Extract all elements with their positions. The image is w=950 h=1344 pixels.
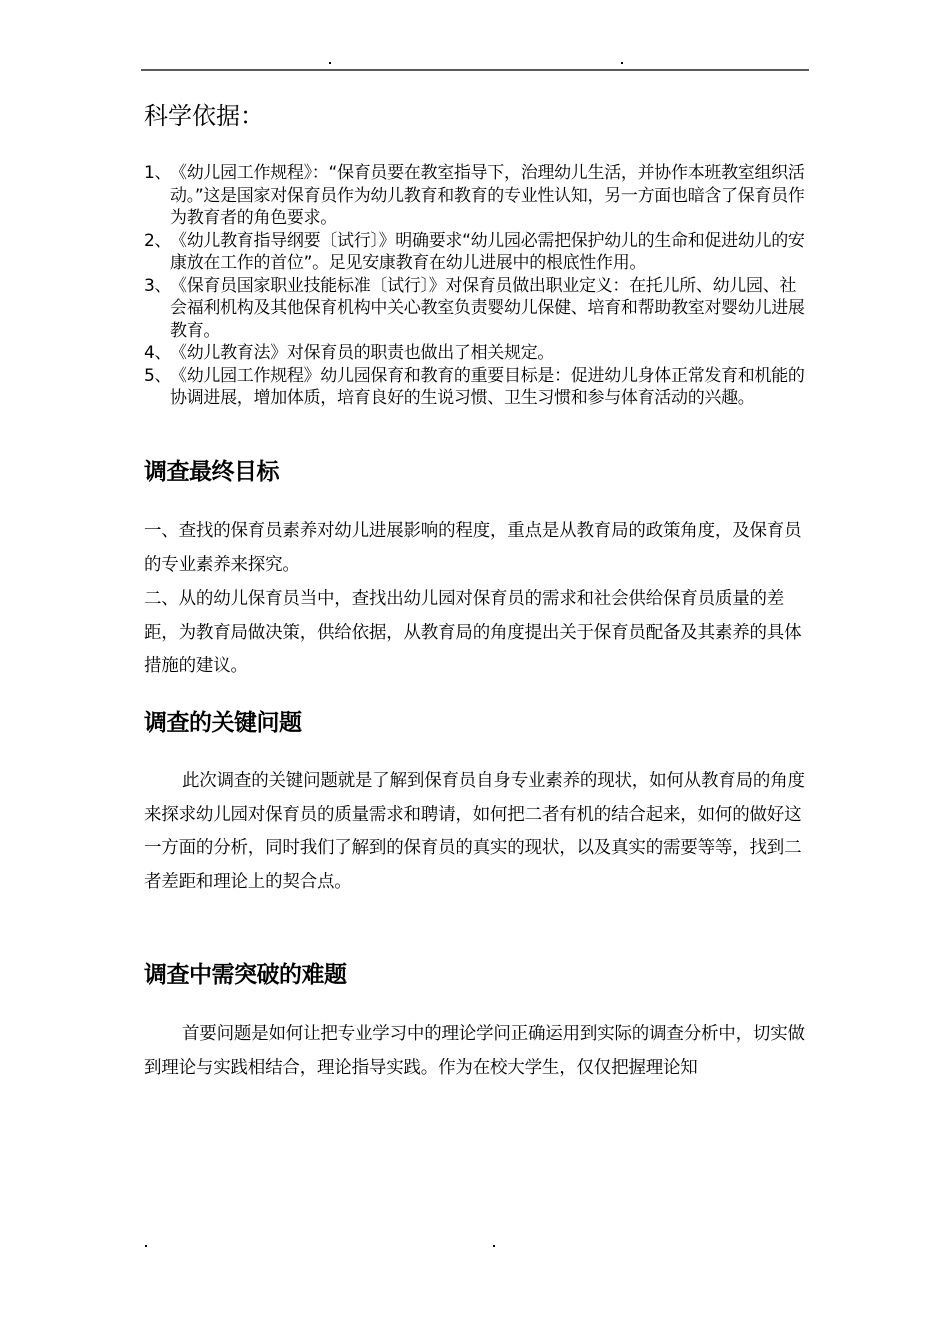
list-number: 5、 bbox=[144, 365, 171, 388]
footer-dot-left bbox=[145, 1245, 147, 1247]
difficulty-heading: 调查中需突破的难题 bbox=[144, 956, 347, 989]
list-item: 3、《保育员国家职业技能标准〔试行〕》对保育员做出职业定义：在托儿所、幼儿园、社… bbox=[144, 275, 812, 343]
difficulty-paragraph: 首要问题是如何让把专业学习中的理论学问正确运用到实际的调查分析中，切实做到理论与… bbox=[144, 1018, 812, 1085]
science-basis-list: 1、《幼儿园工作规程》：“保育员要在教室指导下，治理幼儿生活，并协作本班教室组织… bbox=[144, 162, 812, 410]
header-dot-right bbox=[621, 62, 623, 64]
science-basis-title: 科学依据： bbox=[144, 100, 812, 132]
final-goal-heading: 调查最终目标 bbox=[144, 453, 279, 486]
list-text: 《保育员国家职业技能标准〔试行〕》对保育员做出职业定义：在托儿所、幼儿园、社会福… bbox=[170, 276, 805, 341]
list-text: 《幼儿教育指导纲要〔试行〕》明确要求“幼儿园必需把保护幼儿的生命和促进幼儿的安康… bbox=[170, 231, 805, 274]
list-number: 4、 bbox=[144, 342, 171, 365]
list-item: 1、《幼儿园工作规程》：“保育员要在教室指导下，治理幼儿生活，并协作本班教室组织… bbox=[144, 162, 812, 230]
header-rule bbox=[141, 69, 809, 71]
list-number: 1、 bbox=[144, 162, 171, 185]
final-goal-paragraph-1: 一、查找的保育员素养对幼儿进展影响的程度，重点是从教育局的政策角度，及保育员的专… bbox=[144, 515, 812, 582]
list-text: 《幼儿教育法》对保育员的职责也做出了相关规定。 bbox=[170, 343, 554, 363]
list-text: 《幼儿园工作规程》：“保育员要在教室指导下，治理幼儿生活，并协作本班教室组织活动… bbox=[170, 163, 805, 228]
list-text: 《幼儿园工作规程》幼儿园保育和教育的重要目标是：促进幼儿身体正常发育和机能的协调… bbox=[170, 366, 805, 409]
document-page: 科学依据： 1、《幼儿园工作规程》：“保育员要在教室指导下，治理幼儿生活，并协作… bbox=[0, 0, 950, 1344]
footer-dot-right bbox=[493, 1245, 495, 1247]
list-number: 3、 bbox=[144, 275, 171, 298]
list-item: 4、《幼儿教育法》对保育员的职责也做出了相关规定。 bbox=[144, 342, 812, 365]
final-goal-paragraph-2: 二、从的幼儿保育员当中，查找出幼儿园对保育员的需求和社会供给保育员质量的差距，为… bbox=[144, 583, 812, 684]
key-issue-paragraph: 此次调查的关键问题就是了解到保育员自身专业素养的现状，如何从教育局的角度来探求幼… bbox=[144, 765, 812, 899]
document-body: 科学依据： 1、《幼儿园工作规程》：“保育员要在教室指导下，治理幼儿生活，并协作… bbox=[144, 100, 812, 132]
key-issue-heading: 调查的关键问题 bbox=[144, 704, 302, 737]
header-dot-left bbox=[329, 62, 331, 64]
list-number: 2、 bbox=[144, 230, 171, 253]
list-item: 2、《幼儿教育指导纲要〔试行〕》明确要求“幼儿园必需把保护幼儿的生命和促进幼儿的… bbox=[144, 230, 812, 275]
list-item: 5、《幼儿园工作规程》幼儿园保育和教育的重要目标是：促进幼儿身体正常发育和机能的… bbox=[144, 365, 812, 410]
